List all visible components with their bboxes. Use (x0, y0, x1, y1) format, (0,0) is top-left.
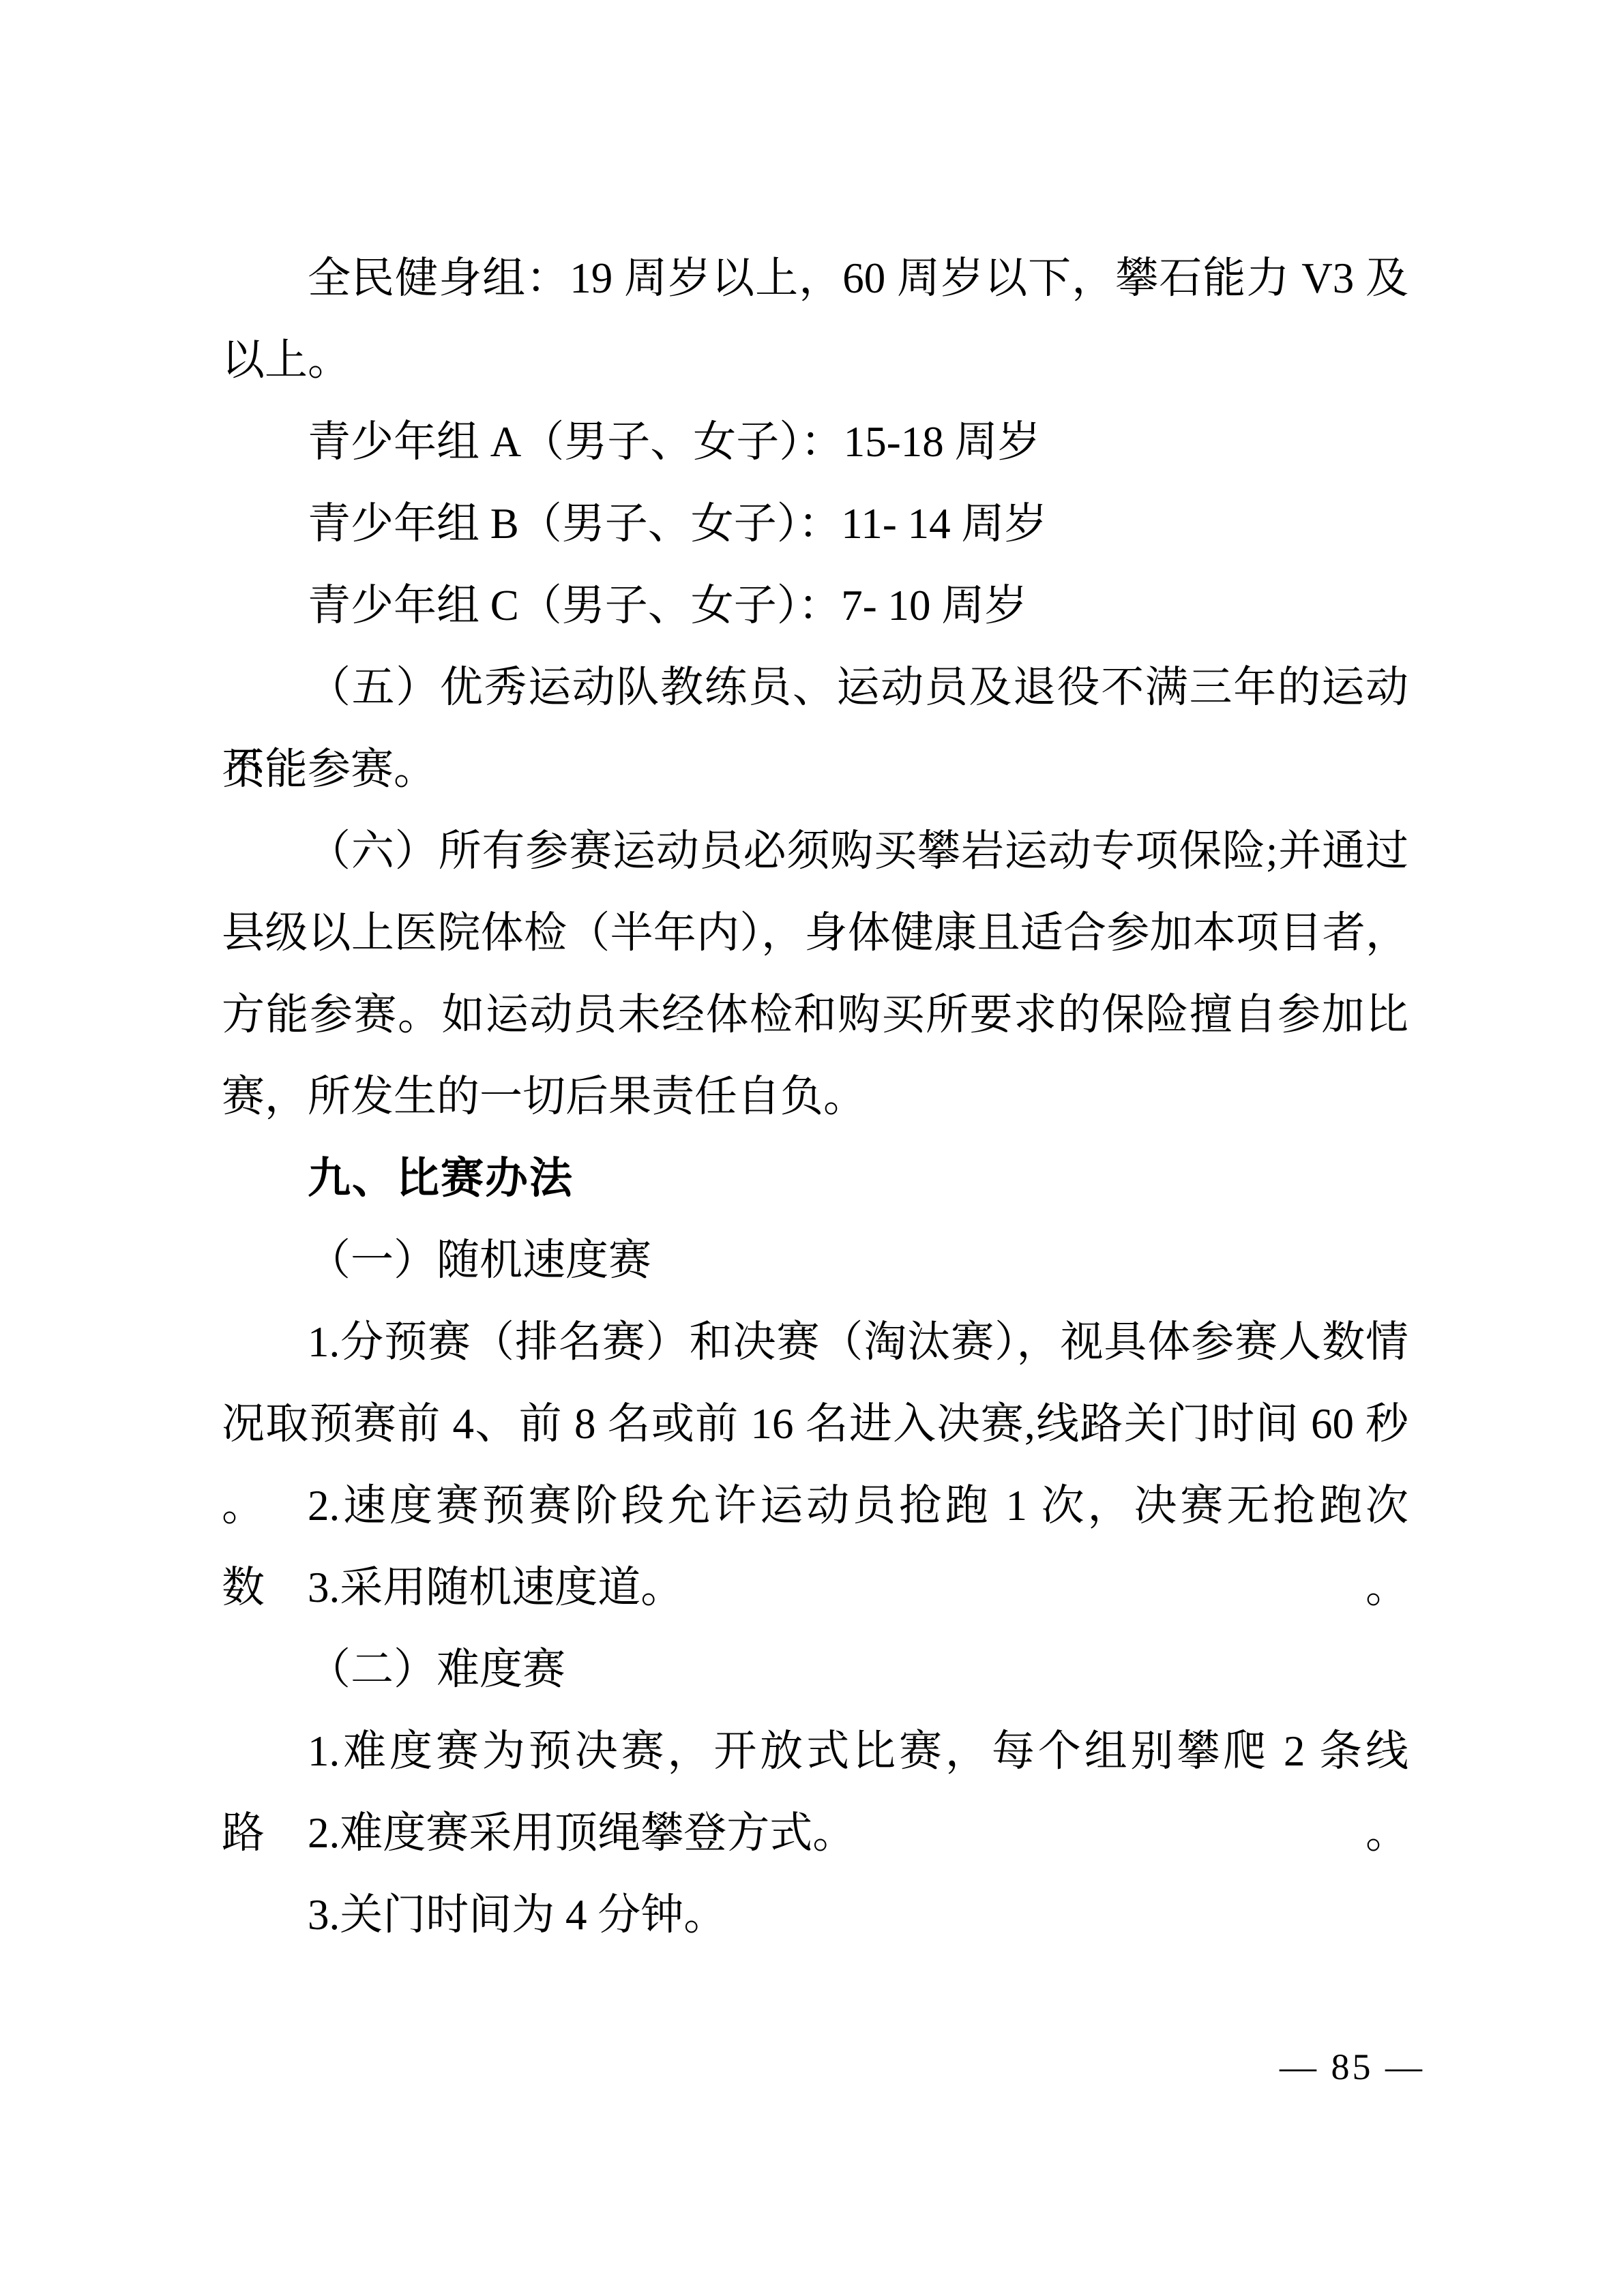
text-line: （六）所有参赛运动员必须购买攀岩运动专项保险;并通过 (222, 810, 1408, 892)
text-line: 3.关门时间为 4 分钟。 (222, 1874, 1408, 1956)
text-line: 不能参赛。 (222, 728, 1408, 810)
text-block: 全民健身组：19 周岁以上，60 周岁以下，攀石能力 V3 及以上。青少年组 A… (222, 237, 1408, 1956)
text-line: 青少年组 A（男子、女子）：15-18 周岁 (222, 401, 1408, 483)
text-line: 2.速度赛预赛阶段允许运动员抢跑 1 次，决赛无抢跑次数。 (222, 1465, 1408, 1547)
text-line: 赛，所发生的一切后果责任自负。 (222, 1056, 1408, 1137)
text-line: 全民健身组：19 周岁以上，60 周岁以下，攀石能力 V3 及 (222, 237, 1408, 319)
text-line: 以上。 (222, 319, 1408, 401)
text-line: （五）优秀运动队教练员、运动员及退役不满三年的运动员 (222, 646, 1408, 728)
text-line: 青少年组 C（男子、女子）：7- 10 周岁 (222, 565, 1408, 646)
text-line: 方能参赛。如运动员未经体检和购买所要求的保险擅自参加比 (222, 974, 1408, 1056)
text-line: 1.难度赛为预决赛，开放式比赛，每个组别攀爬 2 条线路。 (222, 1710, 1408, 1792)
text-line: 1.分预赛（排名赛）和决赛（淘汰赛），视具体参赛人数情 (222, 1301, 1408, 1383)
document-page: 全民健身组：19 周岁以上，60 周岁以下，攀石能力 V3 及以上。青少年组 A… (0, 0, 1624, 2296)
text-line: 青少年组 B（男子、女子）：11- 14 周岁 (222, 483, 1408, 565)
text-line: （一）随机速度赛 (222, 1219, 1408, 1301)
text-line: 县级以上医院体检（半年内），身体健康且适合参加本项目者， (222, 892, 1408, 974)
page-number: — 85 — (1280, 2048, 1425, 2085)
text-line: （二）难度赛 (222, 1628, 1408, 1710)
text-line: 况取预赛前 4、前 8 名或前 16 名进入决赛,线路关门时间 60 秒 。 (222, 1383, 1408, 1465)
section-heading: 九、比赛办法 (222, 1137, 1408, 1219)
